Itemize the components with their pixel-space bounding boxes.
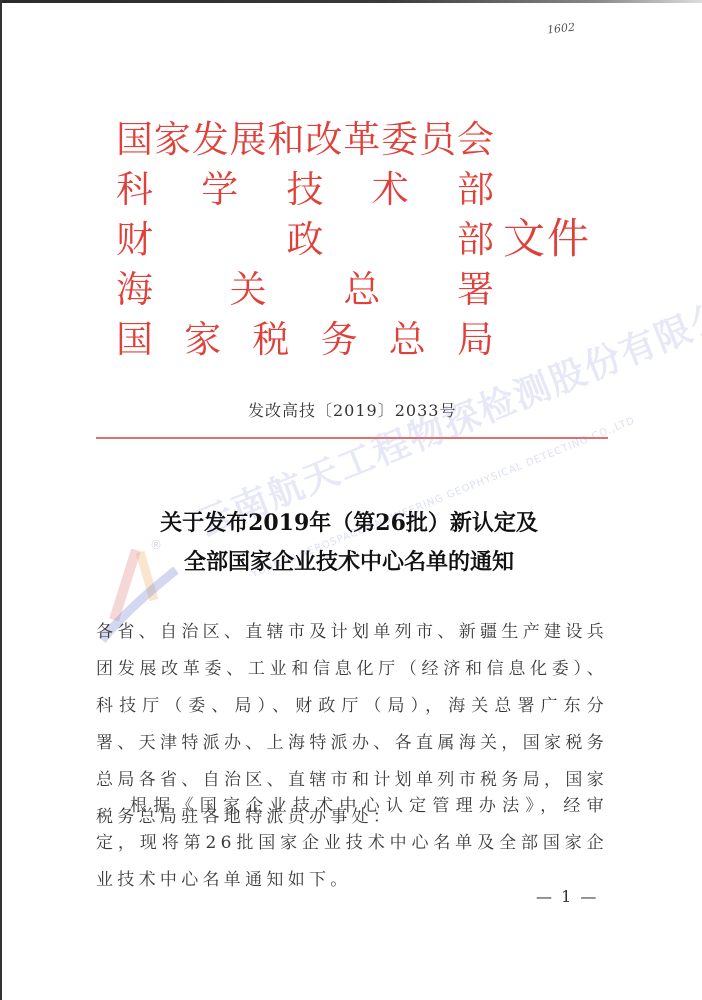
issuer-char: 署 bbox=[457, 268, 494, 312]
issuer-char: 海 bbox=[116, 268, 153, 312]
body-paragraph: 根据《国家企业技术中心认定管理办法》，经审定，现将第26批国家企业技术中心名单及… bbox=[96, 788, 608, 899]
document-title-line1: 关于发布2019年（第26批）新认定及 bbox=[0, 506, 700, 537]
issuer-char: 科 bbox=[116, 168, 153, 212]
issuer-customs: 海 关 总 署 bbox=[116, 268, 494, 312]
scan-edge-left bbox=[0, 0, 2, 1000]
document-title-line2: 全部国家企业技术中心名单的通知 bbox=[0, 545, 700, 576]
issuer-char: 会 bbox=[457, 118, 494, 162]
issuer-sat: 国 家 税 务 总 局 bbox=[116, 318, 494, 362]
issuer-char: 改 bbox=[305, 118, 342, 162]
page-number: — 1 — bbox=[536, 887, 598, 906]
issuer-char: 财 bbox=[116, 218, 153, 262]
issuer-mof: 财 政 部 bbox=[116, 218, 494, 262]
issuer-char: 总 bbox=[389, 318, 426, 362]
issuer-char: 政 bbox=[287, 218, 324, 262]
issuer-char: 术 bbox=[372, 168, 409, 212]
red-divider bbox=[96, 437, 608, 439]
issuer-char: 关 bbox=[230, 268, 267, 312]
issuer-char: 学 bbox=[201, 168, 238, 212]
issuer-char: 和 bbox=[268, 118, 305, 162]
issuer-char: 革 bbox=[343, 118, 380, 162]
issuer-ndrc: 国 家 发 展 和 改 革 委 员 会 bbox=[116, 118, 494, 162]
issuer-char: 国 bbox=[116, 118, 153, 162]
issuer-char: 家 bbox=[154, 118, 191, 162]
issuer-most: 科 学 技 术 部 bbox=[116, 168, 494, 212]
scan-edge-top bbox=[0, 0, 702, 3]
issuer-char: 委 bbox=[381, 118, 418, 162]
issuer-char: 务 bbox=[321, 318, 358, 362]
issuer-char: 国 bbox=[116, 318, 153, 362]
issuer-char: 员 bbox=[419, 118, 456, 162]
issuer-char: 技 bbox=[287, 168, 324, 212]
issuer-char: 部 bbox=[457, 218, 494, 262]
issuer-char: 发 bbox=[192, 118, 229, 162]
document-number: 发改高技〔2019〕2033号 bbox=[248, 398, 456, 421]
handwritten-note: 1602 bbox=[546, 21, 575, 37]
issuer-char: 税 bbox=[252, 318, 289, 362]
document-label: 文件 bbox=[503, 214, 591, 264]
issuer-char: 总 bbox=[343, 268, 380, 312]
issuer-char: 家 bbox=[184, 318, 221, 362]
issuer-char: 展 bbox=[230, 118, 267, 162]
issuer-char: 局 bbox=[457, 318, 494, 362]
issuer-char: 部 bbox=[457, 168, 494, 212]
